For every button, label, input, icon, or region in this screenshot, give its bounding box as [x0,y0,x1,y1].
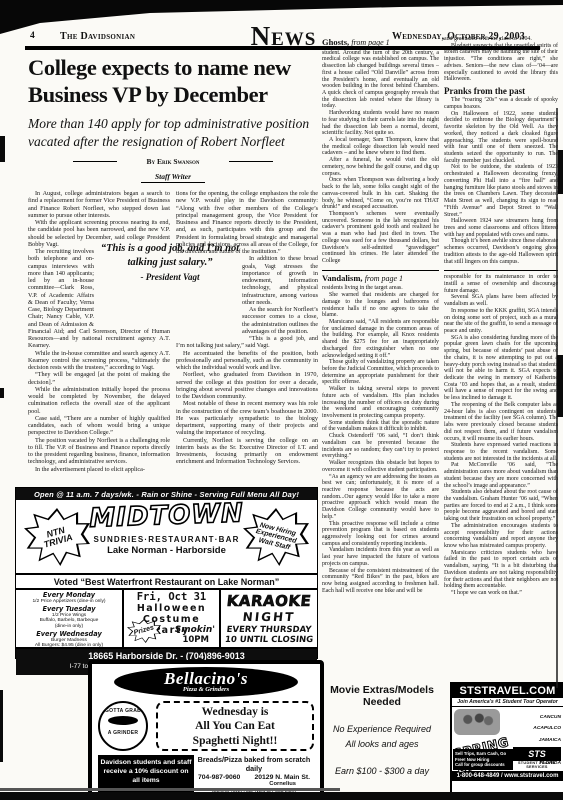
vandalism-title: Vandalism, [322,273,363,283]
paragraph: Thompson’s schemes were eventually uncov… [322,211,439,265]
paragraph: Walker is taking several steps to preven… [322,386,439,420]
paragraph: Walker recognizes this obstacle but hope… [322,460,439,473]
sts-sell-box: Sell Trips, Earn Cash, Go Free! Now Hiri… [453,749,513,770]
spaghetti-promo-box: Wednesday is All You Can Eat Spaghetti N… [156,701,314,751]
paragraph: and graduated with the class of 1904. [444,36,558,43]
sts-sell-line-2: Call for group discounts [455,762,511,768]
paragraph: Blodgett suspects that the unsettled spi… [444,43,558,83]
paragraph: She warned that residents are charged fo… [322,292,439,319]
badge-bottom-text: A GRINDER [100,730,146,736]
bellacinos-middle: GOTTA GRAB A GRINDER Wednesday is All Yo… [98,701,314,751]
karaoke-line-3: EVERY THURSDAY [220,625,317,635]
paragraph: In response to the KKK graffiti, SGA int… [444,308,558,335]
paragraph: Though it’s been awhile since these elab… [444,238,558,265]
monday-title: Every Monday [16,591,122,599]
ghosts-from-page: from page 1 [351,38,389,47]
scan-artifact-left [0,136,5,162]
paragraph: Pat McConville ’06 said, “The administra… [444,462,558,489]
paragraph: Most notable of these in recent memory w… [176,400,318,436]
event-time: 10PM [182,635,209,645]
vandalism-text: residents living in the target areas.She… [322,285,439,594]
paragraph: “As an agency we are addressing the issu… [322,474,439,521]
paragraph: All Burgers: $4.95 (dine in only) [16,643,122,649]
ghosts-text-continued: The “roaring ’20s” was a decade of spook… [444,97,558,265]
scan-artifact-bottom [0,792,563,800]
bellacinos-tagline: Pizza & Grinders [114,686,298,693]
karaoke-cell: KARAOKE NIGHT EVERY THURSDAY 10 UNTIL CL… [221,590,317,647]
pranks-subhead: Pranks from the past [444,86,558,96]
midtown-ad: Open @ 11 a.m. 7 days/wk. - Rain or Shin… [15,487,318,659]
paragraph: The position vacated by Norfleet is a ch… [28,437,170,466]
scan-artifact-right [557,355,563,417]
scan-artifact-top [0,0,563,36]
ghosts-jump-head: Ghosts, from page 1 [322,38,439,48]
sts-logo: STS STUDENT TRAVEL SERVICES [513,747,561,769]
vp-article: College expects to name new Business VP … [28,54,318,488]
grinder-sandwich-icon [108,716,138,725]
paragraph: “They will be engaged [at the point of m… [28,371,170,386]
event-date: Fri, Oct 31 [124,591,219,603]
sts-travel-ad: STSTRAVEL.COM Join America's #1 Student … [450,682,563,798]
paragraph: In the advertisement placed to elicit ap… [28,466,170,473]
pull-quote: “This is a good job, and I’m not talking… [94,242,246,282]
smokin-text: Smokin' [175,625,215,635]
event-line-1: Halloween [124,603,219,614]
byline-role: Staff Writer [141,172,205,183]
jump-column-4: and graduated with the class of 1904.Blo… [444,36,558,680]
midtown-specials-row: Every Monday 1/2 Price Appetizers (dine-… [16,590,317,649]
paragraph: CANCUN [533,715,561,722]
midtown-main: NTN TRIVIA Now Hiring Experienced Wait S… [16,500,317,575]
scan-artifact-bottom [0,788,340,791]
article-body: In August, college administrators began … [28,190,318,488]
baked-line: Breads/Pizza baked from scratch daily [194,755,314,773]
ghosts-title: Ghosts, [322,37,349,47]
paragraph: student. Around the turn of the 20th cen… [322,50,439,110]
bellacinos-logo: Bellacino's Pizza & Grinders [114,667,298,697]
pull-quote-attribution: - President Vagt [94,272,246,282]
karaoke-line-2: NIGHT [220,610,317,624]
paragraph: Chuck Ostendorff ’06 said, “I don’t thin… [322,433,439,460]
bellacinos-city: Cornelius [194,781,314,787]
movie-ad-title: Movie Extras/Models Needed [318,684,446,708]
paragraph: Not to be outdone, the students of 1923 … [444,164,558,218]
ghosts-text: student. Around the turn of the 20th cen… [322,50,439,265]
paragraph: Because of the consistent mistreatment o… [322,568,439,595]
bellacinos-ad: Bellacino's Pizza & Grinders GOTTA GRAB … [88,660,324,796]
headline: College expects to name new Business VP … [28,54,318,108]
paragraph: While the administration initially hoped… [28,386,170,415]
jump-column-3: Ghosts, from page 1 student. Around the … [322,36,439,680]
vandalism-text-continued: responsible for its maintenance in order… [444,274,558,597]
paragraph: Those guilty of vandalizing property are… [322,359,439,386]
paragraph: Hardworking students would have no reaso… [322,110,439,137]
paragraph: While the in-house committee and search … [28,350,170,372]
byline: By Erik Swanson Staff Writer [73,157,273,184]
wednesday-title: Every Wednesday [16,630,122,638]
sts-subtitle: Join America's #1 Student Tour Operator [452,698,563,707]
movie-ad-line-2: All looks and ages [318,739,446,749]
paragraph: The reopening of the Belk computer labs … [444,402,558,442]
prizes-starburst-icon: Prizes [127,619,161,643]
sts-sell-line-1: Sell Trips, Earn Cash, Go Free! Now Hiri… [455,751,511,762]
promo-line-3: Spaghetti Night!! [158,734,312,748]
karaoke-line-4: 10 UNTIL CLOSING [220,635,317,645]
scan-artifact-right [558,150,563,194]
bellacinos-street: 20129 N. Main St. [254,774,310,781]
paragraph: SGA is also considering funding more of … [444,335,558,402]
paragraph: On Halloween of 1922, some students deci… [444,111,558,165]
karaoke-line-1: KARAOKE [220,592,318,610]
sts-logo-label: STUDENT TRAVEL SERVICES [513,761,561,769]
tuesday-title: Every Tuesday [16,605,122,613]
article-column-1: In August, college administrators began … [28,190,170,488]
badge-top-text: GOTTA GRAB [100,708,146,714]
paragraph: “I hope we can work on that.” [444,590,558,597]
paragraph: Vandalism incidents from this year as we… [322,547,439,567]
halloween-event-cell: Fri, Oct 31 Halloween Costume Party Priz… [124,590,221,647]
paragraph: Case said, “There are a number of highly… [28,415,170,437]
midtown-voted-line: Voted “Best Waterfront Restaurant on Lak… [16,575,317,590]
paragraph: The “roaring ’20s” was a decade of spook… [444,97,558,110]
scan-artifact-left [0,388,4,398]
byline-rule-left [73,161,117,162]
vandalism-jump-head: Vandalism, from page 1 [322,274,439,284]
paragraph: In August, college administrators began … [28,190,170,219]
tuesday-details: 1/2 Price WingsBuffalo, Barbelo, Barbequ… [16,613,122,630]
paragraph: Currently, Norfleet is serving the colle… [176,437,318,466]
promo-line-1: Wednesday is [158,705,312,719]
paragraph: Marsicano said, “All residents are respo… [322,319,439,359]
wednesday-details: Burger MadnessAll Burgers: $4.95 (dine i… [16,638,122,649]
paragraph-group: In August, college administrators began … [28,190,170,248]
newspaper-page: 4 The Davidsonian News Wednesday, Octobe… [0,0,563,800]
grinder-badge-icon: GOTTA GRAB A GRINDER [98,701,148,751]
paragraph: He accentuated the benefits of the posit… [176,350,318,372]
subhead: More than 140 apply for top administrati… [28,115,318,150]
sts-title: STSTRAVEL.COM [452,684,563,698]
crowd-illustration [454,709,500,735]
ghosts-text-continued: and graduated with the class of 1904.Blo… [444,36,558,83]
prizes-text: Prizes [124,615,163,647]
paragraph: responsible for its maintenance in order… [444,274,558,294]
promo-line-2: All You Can Eat [158,719,312,733]
movie-ad-line-1: No Experience Required [318,724,446,734]
paragraph: Once when Thompson was delivering a body… [322,177,439,211]
paragraph: The administration encourages students t… [444,523,558,550]
paragraph: Marsicano criticizes students who have f… [444,550,558,590]
paragraph: Halloween 1924 saw streamers hung from t… [444,218,558,238]
midtown-schedule: Every Monday 1/2 Price Appetizers (dine-… [16,590,124,647]
paragraph: This proactive response will include a c… [322,521,439,548]
movie-extras-ad: Movie Extras/Models Needed No Experience… [318,684,446,800]
paragraph: Several SGA plans have been affected by … [444,294,558,307]
pull-quote-text: “This is a good job, and I’m not talking… [94,242,246,269]
paragraph: Students also debated about the root cau… [444,489,558,523]
movie-ad-line-3: Earn $100 - $300 a day [318,766,446,776]
paragraph: Some students think that the sporadic na… [322,420,439,433]
section-divider [444,270,558,271]
section-divider [322,270,439,271]
paragraph: After a funeral, he would visit the old … [322,157,439,177]
paragraph: A local teenager, Sam Thompson, knew tha… [322,137,439,157]
byline-rule-right [229,161,273,162]
bellacinos-phone: 704-987-9060 [198,774,240,781]
paragraph: Students have expressed varied reactions… [444,442,558,462]
sts-body: CANCUNACAPULCOJAMAICABAHAMASFLORIDA SPRI… [452,707,563,771]
paragraph: Norfleet, who graduated from Davidson in… [176,371,318,400]
sts-logo-mark: STS [513,747,561,761]
scan-artifact-left [0,690,3,762]
vandalism-from-page: from page 1 [365,274,403,283]
article-column-2: tions for the opening, the college empha… [176,190,318,488]
